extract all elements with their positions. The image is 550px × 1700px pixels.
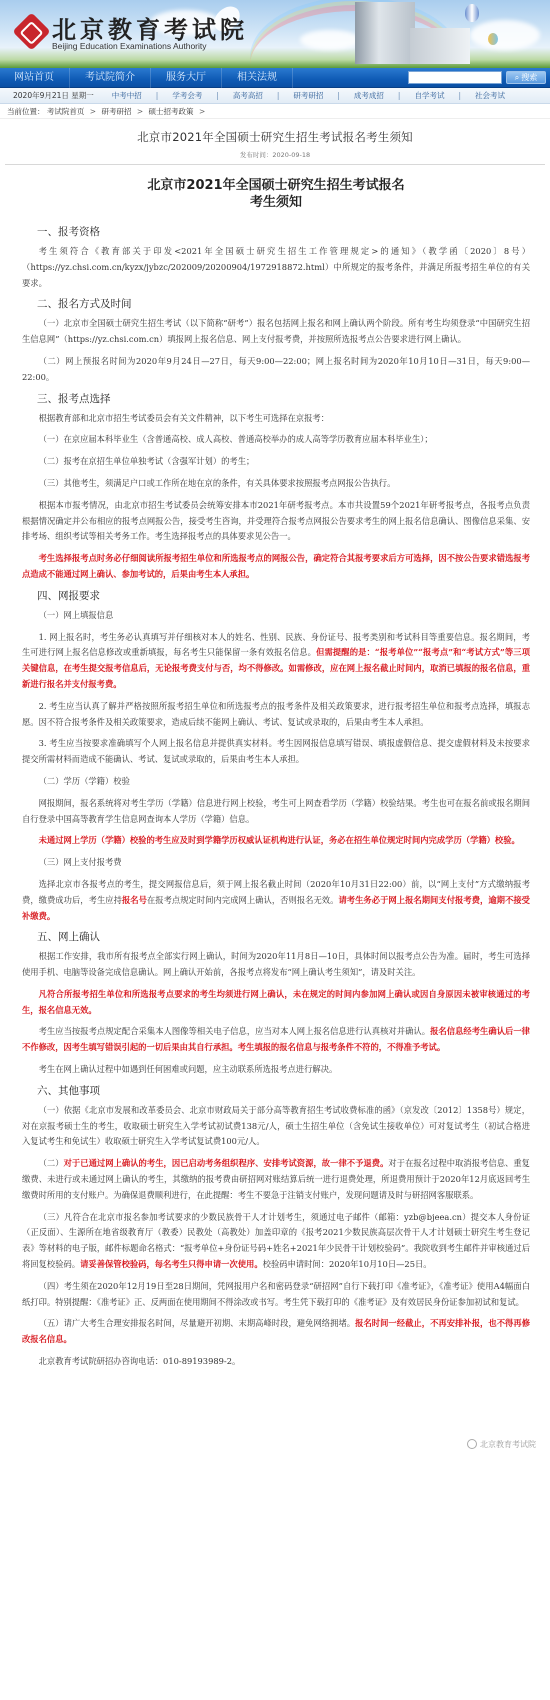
- sub-nav-xuekao[interactable]: 学考会考: [172, 90, 202, 101]
- subsection-heading: （一）网上填报信息: [22, 608, 530, 624]
- paragraph: 考生应当按报考点规定配合采集本人图像等相关电子信息，应当对本人网上报名信息进行认…: [22, 1024, 530, 1056]
- search-icon: ⌕: [515, 72, 519, 83]
- breadcrumb-home[interactable]: 考试院首页: [47, 107, 85, 116]
- paragraph: （三）凡符合在北京市报名参加考试要求的少数民族骨干人才计划考生，须通过电子邮件（…: [22, 1210, 530, 1273]
- paragraph: 考生须符合《教育部关于印发<2021年全国硕士研究生招生工作管理规定>的通知》（…: [22, 244, 530, 291]
- breadcrumb-label: 当前位置：: [7, 107, 45, 116]
- paragraph-text: （五）请广大考生合理安排报名时间，尽量避开初期、末期高峰时段，避免网络拥堵。: [39, 1318, 356, 1328]
- section-heading-exam-site: 三、报考点选择: [22, 392, 530, 406]
- paragraph-text: （二）: [39, 1158, 64, 1168]
- nav-home[interactable]: 网站首页: [0, 68, 70, 88]
- breadcrumb-policy[interactable]: 硕士招考政策: [149, 107, 194, 116]
- paragraph: （五）请广大考生合理安排报名时间，尽量避开初期、末期高峰时段，避免网络拥堵。报名…: [22, 1316, 530, 1348]
- balloon-decoration: [465, 4, 479, 22]
- sub-nav-gaokao[interactable]: 高考高招: [233, 90, 263, 101]
- paragraph: 2. 考生应当认真了解并严格按照所报考招生单位和所选报考点的报考条件及相关政策要…: [22, 699, 530, 731]
- separator: |: [398, 91, 401, 100]
- paragraph: （一）依据《北京市发展和改革委员会、北京市财政局关于部分高等教育招生考试收费标准…: [22, 1103, 530, 1150]
- article-body: 北京市2021年全国硕士研究生招生考试报名 考生须知 一、报考资格 考生须符合《…: [0, 165, 550, 1370]
- breadcrumb-separator: >: [90, 107, 96, 116]
- weibo-icon: [467, 1439, 477, 1449]
- publish-time: 发布时间：2020-09-18: [5, 149, 545, 161]
- section-heading-eligibility: 一、报考资格: [22, 225, 530, 239]
- section-heading-online-confirmation: 五、网上确认: [22, 930, 530, 944]
- article-title: 北京市2021年全国硕士研究生招生考试报名考生须知: [5, 119, 545, 149]
- article-header: 北京市2021年全国硕士研究生招生考试报名考生须知 发布时间：2020-09-1…: [5, 119, 545, 165]
- paragraph-text: 在报考点规定时间内完成网上确认，否则报名无效。: [147, 895, 339, 905]
- paragraph: （三）其他考生，须满足户口或工作所在地在京的条件，有关具体要求按照报考点网报公告…: [22, 476, 530, 492]
- breadcrumb: 当前位置： 考试院首页 > 研考研招 > 硕士招考政策 >: [0, 104, 550, 119]
- paragraph: （一）在京应届本科毕业生（含普通高校、成人高校、普通高校举办的成人高等学历教育应…: [22, 432, 530, 448]
- publish-date: 2020-09-18: [272, 151, 310, 159]
- site-banner: 北京教育考试院 Beijing Education Examinations A…: [0, 0, 550, 68]
- search-button-label: 搜索: [521, 72, 537, 83]
- sub-nav: 2020年9月21日 星期一 中考中招 | 学考会考 | 高考高招 | 研考研招…: [0, 88, 550, 104]
- sub-nav-chengkao[interactable]: 成考成招: [354, 90, 384, 101]
- paragraph-text: 考生应当按报考点规定配合采集本人图像等相关电子信息，应当对本人网上报名信息进行认…: [39, 1026, 430, 1036]
- sub-nav-zixue[interactable]: 自学考试: [414, 90, 444, 101]
- publish-time-label: 发布时间：: [240, 151, 273, 159]
- paragraph: 3. 考生应当按要求准确填写个人网上报名信息并提供真实材料。考生因网报信息填写错…: [22, 736, 530, 768]
- subsection-heading: （三）网上支付报考费: [22, 855, 530, 871]
- warning-text: 对于已通过网上确认的考生，因已启动考务组织程序、安排考试资源，故一律不予退费。: [64, 1158, 389, 1168]
- search-button[interactable]: ⌕ 搜索: [506, 71, 546, 84]
- cloud-decoration: [470, 20, 540, 50]
- paragraph-text: 校验码申请时间：2020年10月10日—25日。: [263, 1259, 432, 1269]
- sub-nav-zhongkao[interactable]: 中考中招: [112, 90, 142, 101]
- warning-paragraph: 考生选择报考点时务必仔细阅读所报考招生单位和所选报考点的网报公告，确定符合其报考…: [22, 551, 530, 583]
- paragraph: 考生在网上确认过程中如遇到任何困难或问题，应主动联系所选报考点进行解决。: [22, 1062, 530, 1078]
- sub-nav-shehui[interactable]: 社会考试: [475, 90, 505, 101]
- nav-regulations[interactable]: 相关法规: [222, 68, 293, 88]
- paragraph: 选择北京市各报考点的考生，提交网报信息后，须于网上报名截止时间（2020年10月…: [22, 877, 530, 924]
- paragraph: （二）网上预报名时间为2020年9月24日—27日，每天9:00—22:00；网…: [22, 354, 530, 386]
- contact-info: 北京教育考试院研招办咨询电话：010-89193989-2。: [22, 1354, 530, 1370]
- warning-text: 请妥善保管校验码，每名考生只得申请一次使用。: [80, 1259, 263, 1269]
- paragraph: （二）报考在京招生单位单独考试（含强军计划）的考生；: [22, 454, 530, 470]
- separator: |: [156, 91, 159, 100]
- warning-text: 报名号: [122, 895, 147, 905]
- warning-paragraph: 未通过网上学历（学籍）校验的考生应及时到学籍学历权威认证机构进行认证，务必在招生…: [22, 833, 530, 849]
- sub-nav-yankao[interactable]: 研考研招: [293, 90, 323, 101]
- breadcrumb-separator: >: [137, 107, 143, 116]
- watermark-text: 北京教育考试院: [480, 1439, 536, 1450]
- balloon-decoration: [488, 33, 498, 45]
- document-title-line2: 考生须知: [22, 194, 530, 211]
- nav-about[interactable]: 考试院简介: [70, 68, 151, 88]
- paragraph: 根据教育部和北京市招生考试委员会有关文件精神，以下考生可选择在京报考：: [22, 411, 530, 427]
- section-heading-registration-method: 二、报名方式及时间: [22, 297, 530, 311]
- separator: |: [277, 91, 280, 100]
- paragraph: 网报期间，报名系统将对考生学历（学籍）信息进行网上校验，考生可上网查看学历（学籍…: [22, 796, 530, 828]
- paragraph: （一）北京市全国硕士研究生招生考试（以下简称“研考”）报名包括网上报名和网上确认…: [22, 316, 530, 348]
- current-date: 2020年9月21日 星期一: [13, 90, 94, 101]
- paragraph: （四）考生须在2020年12月19日至28日期间，凭网报用户名和密码登录“研招网…: [22, 1279, 530, 1311]
- breadcrumb-separator: >: [199, 107, 205, 116]
- warning-paragraph: 凡符合所报考招生单位和所选报考点要求的考生均须进行网上确认，未在规定的时间内参加…: [22, 987, 530, 1019]
- separator: |: [337, 91, 340, 100]
- separator: |: [458, 91, 461, 100]
- page-footer-space: 北京教育考试院: [0, 1376, 550, 1456]
- document-title-line1: 北京市2021年全国硕士研究生招生考试报名: [22, 177, 530, 194]
- subsection-heading: （二）学历（学籍）校验: [22, 774, 530, 790]
- document-title: 北京市2021年全国硕士研究生招生考试报名 考生须知: [22, 165, 530, 219]
- logo-title-en: Beijing Education Examinations Authority: [52, 41, 207, 51]
- building-image: [355, 2, 415, 64]
- logo-title-cn: 北京教育考试院: [52, 10, 248, 45]
- logo-icon: [12, 12, 50, 50]
- paragraph: 根据本市报考情况，由北京市招生考试委员会统筹安排本市2021年研考报考点。本市共…: [22, 498, 530, 545]
- paragraph: 1. 网上报名时，考生务必认真填写并仔细核对本人的姓名、性别、民族、身份证号、报…: [22, 630, 530, 693]
- separator: |: [216, 91, 219, 100]
- section-heading-other-matters: 六、其他事项: [22, 1084, 530, 1098]
- breadcrumb-yankao[interactable]: 研考研招: [101, 107, 131, 116]
- main-nav: 网站首页 考试院简介 服务大厅 相关法规 ⌕ 搜索: [0, 68, 550, 88]
- paragraph: 根据工作安排，我市所有报考点全部实行网上确认，时间为2020年11月8日—10日…: [22, 949, 530, 981]
- paragraph: （二）对于已通过网上确认的考生，因已启动考务组织程序、安排考试资源，故一律不予退…: [22, 1156, 530, 1203]
- building-image: [410, 28, 470, 64]
- section-heading-online-requirements: 四、网报要求: [22, 589, 530, 603]
- nav-service-hall[interactable]: 服务大厅: [151, 68, 222, 88]
- search-input[interactable]: [408, 71, 502, 84]
- watermark: 北京教育考试院: [467, 1439, 536, 1450]
